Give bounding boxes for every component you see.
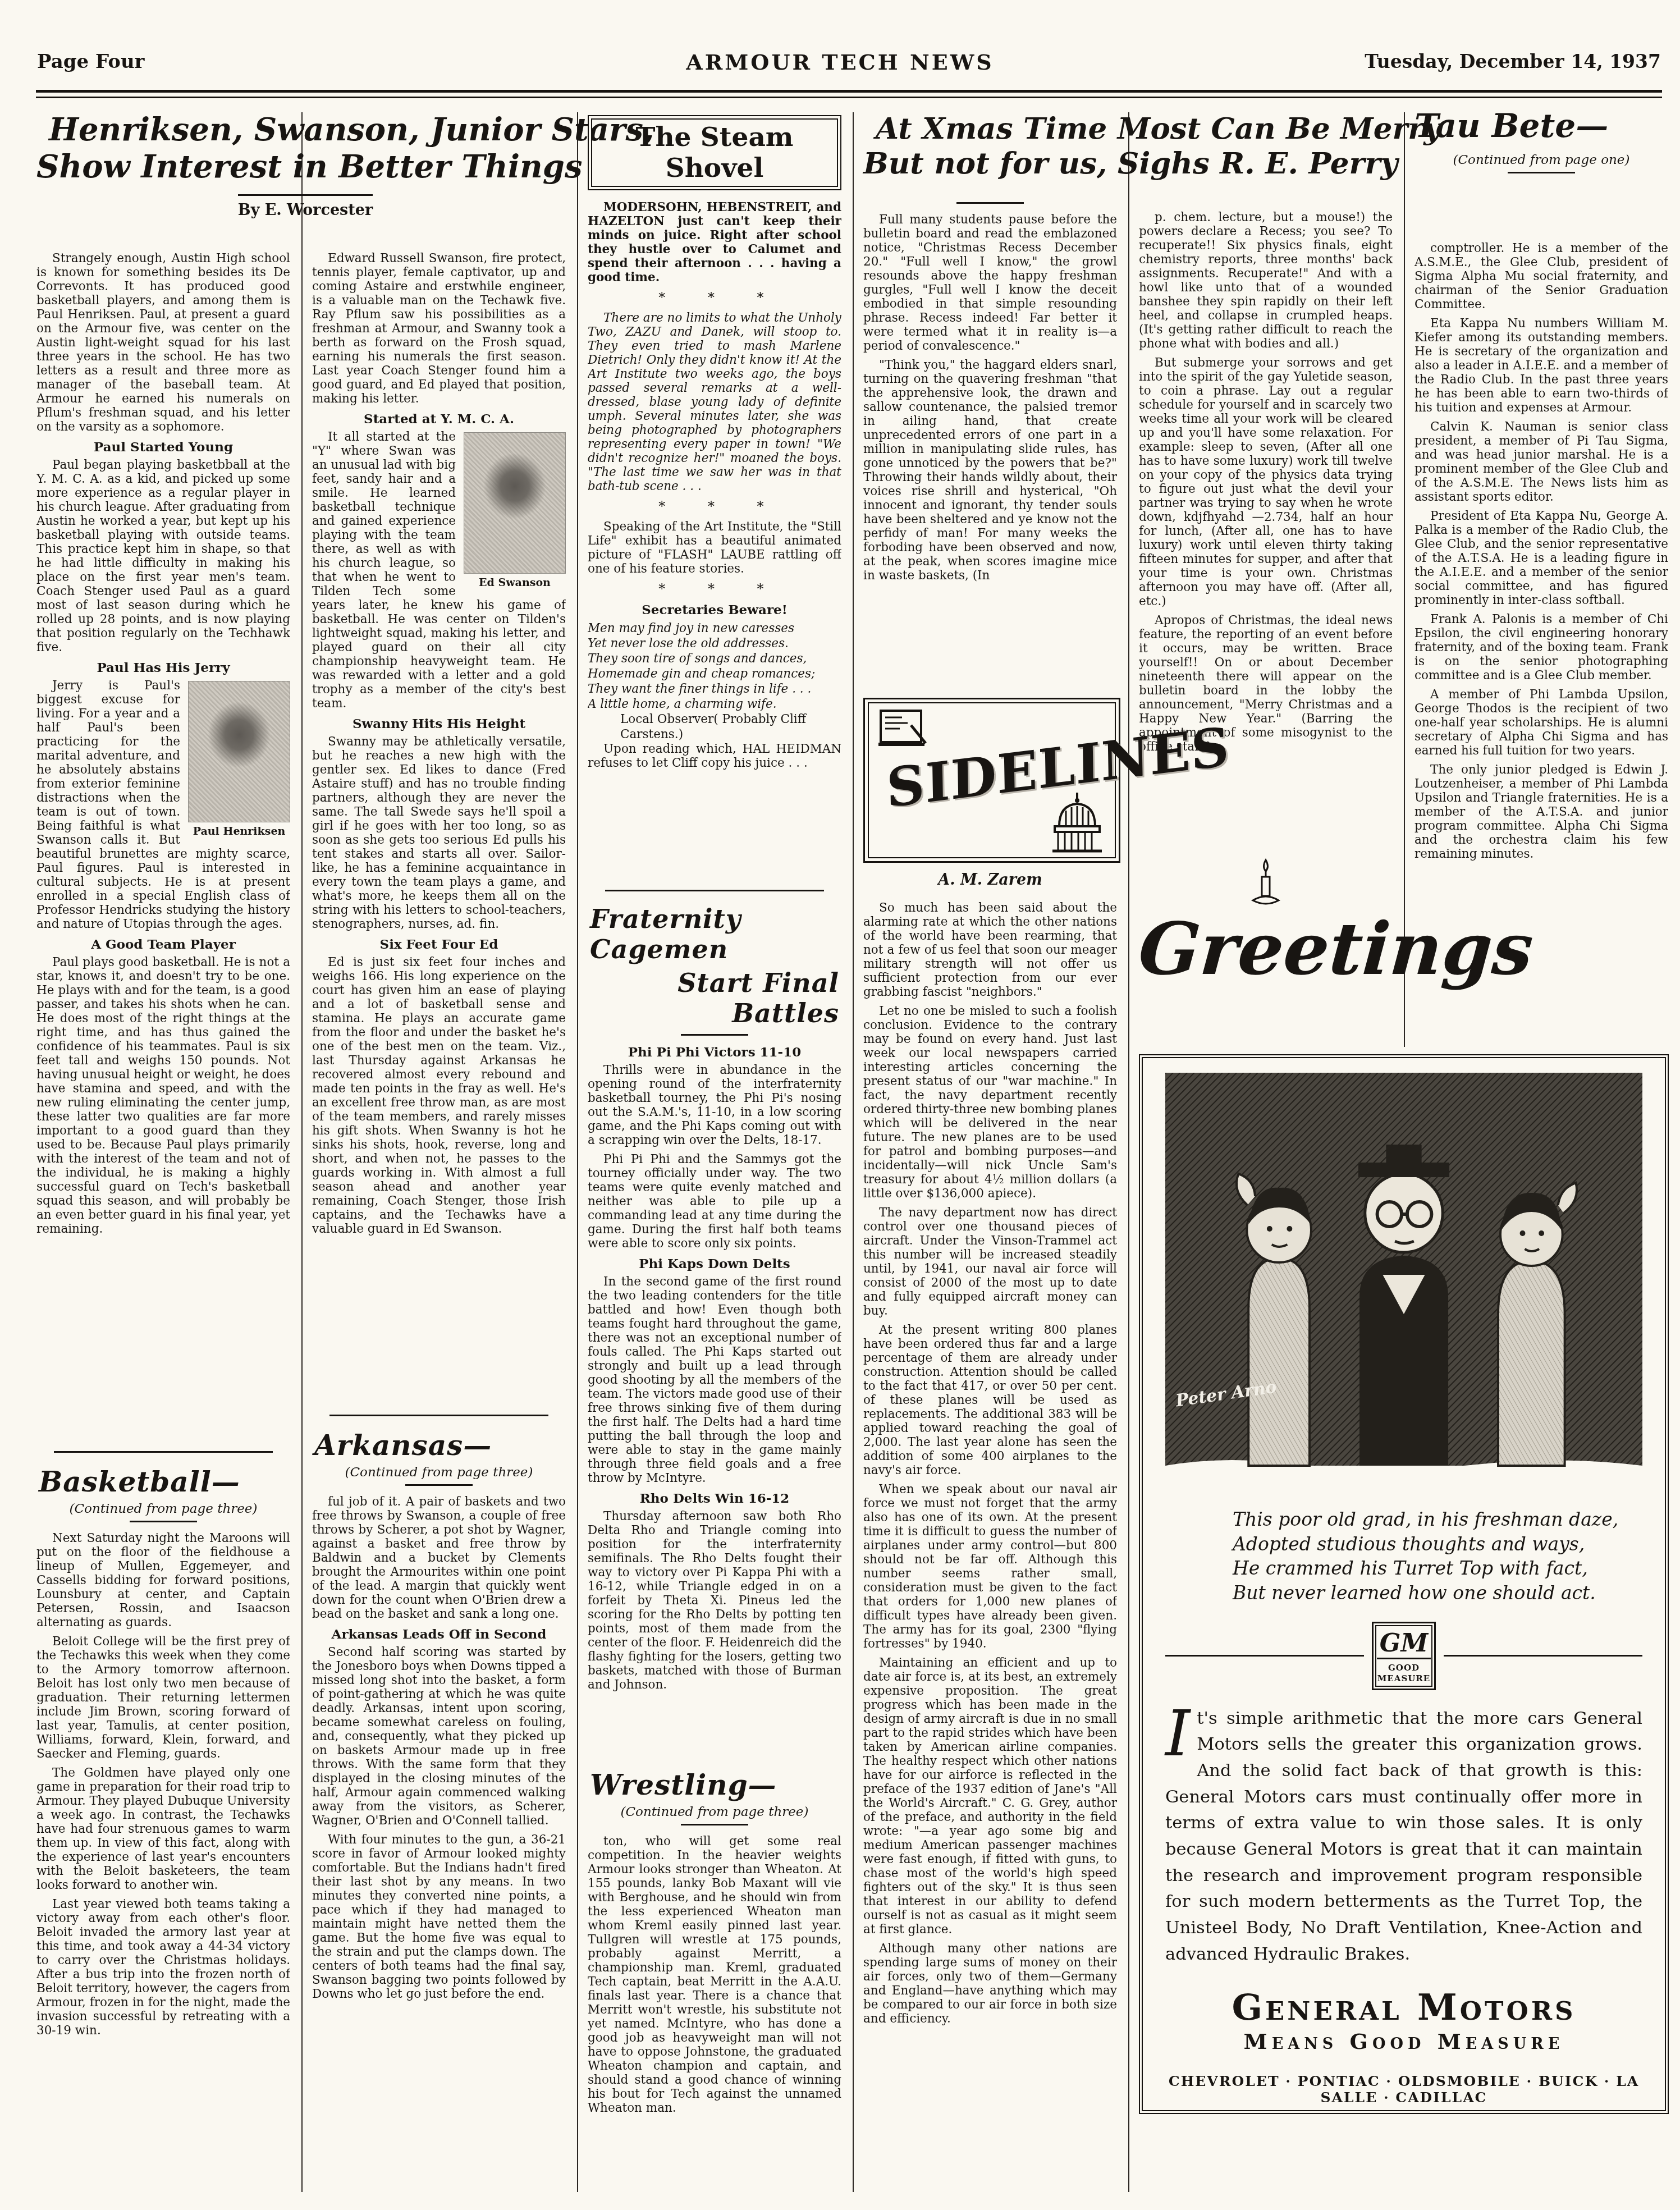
section-divider [681,1034,748,1036]
steam-shovel-section: The Steam Shovel MODERSOHN, HEBENSTREIT,… [588,115,841,884]
henriksen-column-1: Strangely enough, Austin High school is … [36,251,290,1444]
fraternity-headline-2: Start Final Battles [590,968,839,1028]
steam-shovel-text: MODERSOHN, HEBENSTREIT, and HAZELTON jus… [588,200,841,770]
subhead: Rho Delts Win 16-12 [588,1491,841,1506]
paragraph: Calvin K. Nauman is senior class preside… [1415,420,1668,504]
paragraph: MODERSOHN, HEBENSTREIT, and HAZELTON jus… [588,200,841,285]
paragraph: ton, who will get some real competition.… [588,1834,841,2115]
paragraph: ful job of it. A pair of baskets and two… [312,1495,566,1621]
portrait-photo: Paul Henriksen [188,681,290,838]
headline-rule [238,194,373,196]
basketball-section: Basketball— (Continued from page three) … [36,1451,290,2192]
photo-caption: Ed Swanson [464,574,566,589]
gm-monogram: GM [1377,1629,1431,1659]
gm-slogan: Means Good Measure [1165,2029,1642,2054]
continued-note: (Continued from page three) [36,1502,290,1516]
paragraph: In the second game of the first round th… [588,1275,841,1485]
badge-rule [1444,1655,1642,1657]
paragraph: Thursday afternoon saw both Rho Delta Rh… [588,1509,841,1692]
capitol-dome-icon [1050,791,1104,853]
section-divider [605,890,824,891]
paragraph: Last year viewed both teams taking a vic… [36,1897,290,2038]
paragraph: Upon reading which, HAL HEIDMAN refuses … [588,742,841,770]
gm-badge-row: GM GOOD MEASURE [1165,1622,1642,1690]
paragraph: So much has been said about the alarming… [863,901,1117,999]
paragraph: Let no one be misled to such a foolish c… [863,1004,1117,1201]
paragraph: With four minutes to the gun, a 36-21 sc… [312,1833,566,2001]
paragraph: President of Eta Kappa Nu, George A. Pal… [1415,509,1668,607]
header-rule [36,90,1662,98]
tau-bete-heading: Tau Bete— (Continued from page one) [1415,107,1668,182]
attribution-line: Local Observer( Probably Cliff Carstens.… [588,712,841,742]
tau-bete-title: Tau Bete— [1415,107,1668,145]
column-rule [301,112,303,2192]
paragraph: Paul plays good basketball. He is not a … [36,955,290,1236]
poem-line: But never learned how one should act. [1233,1581,1642,1605]
paragraph: p. chem. lecture, but a mouse!) the powe… [1139,211,1393,351]
tau-bete-text: comptroller. He is a member of the A.S.M… [1415,241,1668,1044]
subhead: Phi Pi Phi Victors 11-10 [588,1045,841,1060]
section-divider [54,1451,273,1453]
sidelines-box: SIDELINES [863,698,1120,863]
subhead: Swanny Hits His Height [312,716,566,731]
steam-shovel-title: The Steam Shovel [588,115,841,190]
paragraph: At the present writing 800 planes have b… [863,1323,1117,1477]
subhead: Phi Kaps Down Delts [588,1256,841,1271]
continued-note: (Continued from page one) [1415,153,1668,167]
paragraph: Full many students pause before the bull… [863,213,1117,353]
sidelines-text: So much has been said about the alarming… [863,901,1117,2192]
photo-caption: Paul Henriksen [188,822,290,838]
subhead: Arkansas Leads Off in Second [312,1627,566,1642]
headline-line: But not for us, Sighs R. E. Perry [863,146,1392,181]
ad-poem: This poor old grad, in his freshman daze… [1233,1507,1642,1605]
poem-line: Yet never lose the old addresses. [588,636,841,651]
subhead: Six Feet Four Ed [312,937,566,952]
paragraph: But submerge your sorrows and get into t… [1139,356,1393,608]
fraternity-headline-1: Fraternity Cagemen [590,904,841,964]
stars-separator: * * * [600,290,841,305]
basketball-text: Next Saturday night the Maroons will put… [36,1531,290,2038]
arkansas-section: Arkansas— (Continued from page three) fu… [312,1415,566,2192]
paragraph: Speaking of the Art Institute, the "Stil… [588,520,841,576]
column-rule [853,112,854,2192]
section-divider [130,1521,197,1522]
paragraph: Ed is just six feet four inches and weig… [312,955,566,1236]
paragraph: Maintaining an efficient and up to date … [863,1656,1117,1937]
subhead: A Good Team Player [36,937,290,952]
section-divider [1508,172,1575,173]
poem-line: A little home, a charming wife. [588,697,841,712]
section-divider [405,1484,473,1486]
bulletin-board-icon [877,708,929,750]
headline-line: At Xmas Time Most Can Be Merry [863,111,1392,146]
poem-line: Homemade gin and cheap romances; [588,666,841,681]
paragraph: Beloit College will be the first prey of… [36,1635,290,1761]
column-rule [577,112,578,2192]
continued-note: (Continued from page three) [588,1805,841,1819]
gm-brands-line: CHEVROLET · PONTIAC · OLDSMOBILE · BUICK… [1165,2073,1642,2106]
portrait-photo: Ed Swanson [464,432,566,589]
stars-separator: * * * [600,498,841,514]
headline-line: Show Interest in Better Things [36,148,574,185]
xmas-headline: At Xmas Time Most Can Be Merry But not f… [863,111,1392,181]
henriksen-column-2: Edward Russell Swanson, fire protect, te… [312,251,566,1408]
paragraph: Thrills were in abundance in the opening… [588,1063,841,1147]
paragraph: The only junior pledged is Edwin J. Lout… [1415,763,1668,861]
wrestling-text: ton, who will get some real competition.… [588,1834,841,2115]
subhead: Started at Y. M. C. A. [312,411,566,427]
paragraph: Edward Russell Swanson, fire protect, te… [312,251,566,406]
greetings-word: Greetings [1136,912,1395,987]
poem-line: Men may find joy in new caresses [588,621,841,636]
fraternity-text: Phi Pi Phi Victors 11-10Thrills were in … [588,1045,841,1692]
paragraph: Paul began playing basketbball at the Y.… [36,458,290,655]
general-motors-ad: Peter Arno This poor old grad, in his fr… [1139,1054,1669,2114]
badge-rule [1165,1655,1364,1657]
basketball-title: Basketball— [39,1465,290,1498]
section-divider [956,202,1024,204]
byline: By E. Worcester [36,202,574,219]
gm-good-measure-badge: GM GOOD MEASURE [1372,1622,1436,1690]
fraternity-section: Fraternity Cagemen Start Final Battles P… [588,890,841,1765]
henriksen-headline: Henriksen, Swanson, Junior Stars, Show I… [36,111,574,219]
subhead: Paul Has His Jerry [36,660,290,675]
newspaper-page: Page Four ARMOUR TECH NEWS Tuesday, Dece… [0,0,1680,2210]
paragraph: When we speak about our naval air force … [863,1483,1117,1651]
arkansas-text: ful job of it. A pair of baskets and two… [312,1495,566,2001]
ad-illustration: Peter Arno [1165,1073,1642,1488]
poem-line: They want the finer things in life . . . [588,681,841,697]
paragraph: "Think you," the haggard elders snarl, t… [863,358,1117,583]
paragraph: Phi Pi Phi and the Sammys got the tourne… [588,1152,841,1251]
column-rule [1128,112,1129,2192]
paragraph: Swanny may be athletically versatile, bu… [312,735,566,931]
paragraph: The Goldmen have played only one game in… [36,1766,290,1892]
issue-date: Tuesday, December 14, 1937 [1365,51,1661,72]
candle-icon [1246,858,1285,909]
halftone-photo [188,681,290,822]
paragraph: There are no limits to what the Unholy T… [588,311,841,493]
gm-badge-label: GOOD MEASURE [1377,1659,1431,1684]
poem-line: He crammed his Turret Top with fact, [1233,1556,1642,1581]
sidelines-byline: A. M. Zarem [863,871,1117,889]
paragraph: Frank A. Palonis is a member of Chi Epsi… [1415,612,1668,683]
greetings-block: Greetings [1139,858,1393,987]
paragraph: Next Saturday night the Maroons will put… [36,1531,290,1630]
wrestling-section: Wrestling— (Continued from page three) t… [588,1768,841,2192]
paragraph: Eta Kappa Nu numbers William M. Kiefer a… [1415,317,1668,415]
wrestling-title: Wrestling— [590,1768,841,1801]
ad-copy-paragraph: It's simple arithmetic that the more car… [1165,1706,1642,1968]
halftone-photo [464,432,566,574]
xmas-text-1: Full many students pause before the bull… [863,213,1117,583]
general-motors-logotype: General Motors [1165,1987,1642,2029]
arkansas-title: Arkansas— [314,1429,566,1462]
paragraph: Although many other nations are spending… [863,1942,1117,2026]
grad-and-ladies-drawing [1165,1073,1642,1488]
subhead: Paul Started Young [36,440,290,455]
stars-separator: * * * [600,581,841,597]
paragraph: The navy department now has direct contr… [863,1206,1117,1318]
paragraph: A member of Phi Lambda Upsilon, George T… [1415,688,1668,758]
subhead: Secretaries Beware! [588,602,841,617]
poem-line: They soon tire of songs and dances, [588,651,841,666]
poem-line: This poor old grad, in his freshman daze… [1233,1507,1642,1532]
drop-cap: I [1165,1706,1197,1760]
headline-line: Henriksen, Swanson, Junior Stars, [36,111,574,148]
ad-copy-block: It's simple arithmetic that the more car… [1165,1706,1642,1968]
xmas-column-1: Full many students pause before the bull… [863,202,1117,690]
paragraph: Second half scoring was started by the J… [312,1645,566,1828]
section-divider [681,1824,748,1825]
poem-line: Adopted studious thoughts and ways, [1233,1532,1642,1557]
paragraph: comptroller. He is a member of the A.S.M… [1415,241,1668,312]
continued-note: (Continued from page three) [312,1465,566,1480]
section-divider [329,1415,548,1416]
paragraph: Strangely enough, Austin High school is … [36,251,290,434]
